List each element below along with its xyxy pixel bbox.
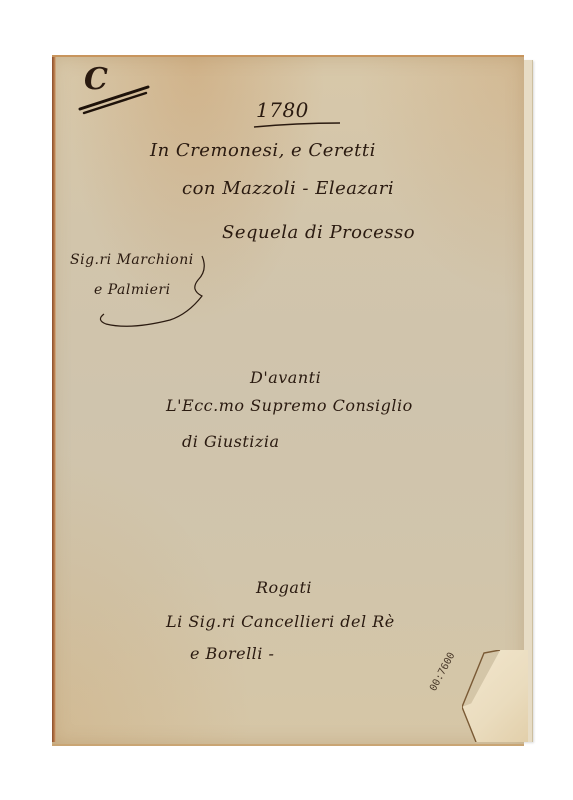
rogati-label: Rogati <box>256 578 312 597</box>
folded-corner-crease <box>462 650 528 742</box>
corner-mark-underline <box>78 85 150 115</box>
notary-line-2: e Borelli - <box>190 644 274 663</box>
court-line-2: di Giustizia <box>182 432 280 451</box>
title-line-3: Sequela di Processo <box>222 222 415 243</box>
davanti-label: D'avanti <box>250 368 321 387</box>
notary-line-1: Li Sig.ri Cancellieri del Rè <box>166 612 395 631</box>
title-line-1: In Cremonesi, e Ceretti <box>150 140 376 161</box>
year-underline <box>252 122 342 128</box>
year: 1780 <box>256 98 309 122</box>
side-note-brace <box>90 250 220 340</box>
spine-edge <box>52 57 56 742</box>
court-line-1: L'Ecc.mo Supremo Consiglio <box>166 396 413 415</box>
title-line-2: con Mazzoli - Eleazari <box>182 178 394 199</box>
